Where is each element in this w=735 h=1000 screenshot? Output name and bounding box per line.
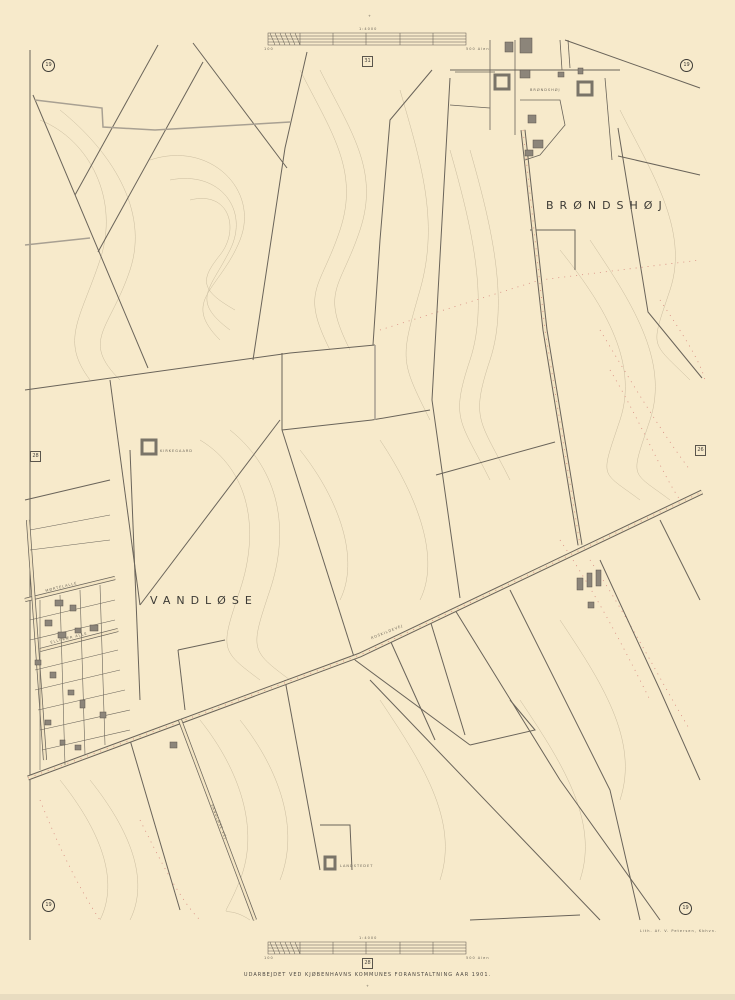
top-center-mark: + <box>368 14 372 18</box>
brondshoj-village-outlines <box>450 40 612 160</box>
farm-label-south: LANDSTEDET <box>340 864 373 868</box>
place-label-brondshoj: BRØNDSHØJ <box>546 199 668 212</box>
parish-boundaries <box>25 100 375 420</box>
scale-left-label-bottom: 100 <box>264 956 274 960</box>
farm-label-village: BRØNDSHØJ <box>530 88 561 92</box>
scale-left-label-top: 100 <box>264 47 274 51</box>
sheet-ref-bottom[interactable]: 28 <box>362 958 373 969</box>
scale-bar-bottom <box>268 942 466 954</box>
scale-end-label-bottom: 500 Alen <box>466 956 490 960</box>
corner-mark-top-left: 19 <box>42 59 55 72</box>
map-sheet: BRØNDSHØJ VANDLØSE KIRKEGAARD LANDSTEDET… <box>0 0 735 1000</box>
contour-lines <box>40 70 690 920</box>
bottom-edge <box>0 994 735 1000</box>
scale-bar-top <box>268 33 466 45</box>
sheet-ref-right[interactable]: 26 <box>695 445 706 456</box>
place-label-vandlose: VANDLØSE <box>150 594 258 607</box>
corner-mark-bottom-right: 19 <box>679 902 692 915</box>
engraver-credit: Lith. Af. V. Petersen, Kbhvn. <box>640 929 717 933</box>
north-south-road <box>523 130 580 545</box>
farm-label-west: KIRKEGAARD <box>160 449 193 453</box>
footer-credit: UDARBEJDET VED KJØBENHAVNS KOMMUNES FORA… <box>0 972 735 978</box>
sheet-ref-left[interactable]: 28 <box>30 451 41 462</box>
farmsteads <box>142 75 592 869</box>
scale-title-top: 1:4000 <box>359 27 377 31</box>
buildings <box>35 38 601 750</box>
elevation-dotted-lines <box>40 260 705 920</box>
field-boundaries <box>25 40 702 940</box>
map-drawing <box>0 0 735 1000</box>
main-road <box>28 492 702 778</box>
corner-mark-top-right: 19 <box>680 59 693 72</box>
sheet-ref-top[interactable]: 31 <box>362 56 373 67</box>
scale-title-bottom: 1:4000 <box>359 936 377 940</box>
village-streets <box>25 520 255 920</box>
corner-mark-bottom-left: 19 <box>42 899 55 912</box>
footer-mark: + <box>366 984 370 988</box>
scale-end-label-top: 500 Alen <box>466 47 490 51</box>
